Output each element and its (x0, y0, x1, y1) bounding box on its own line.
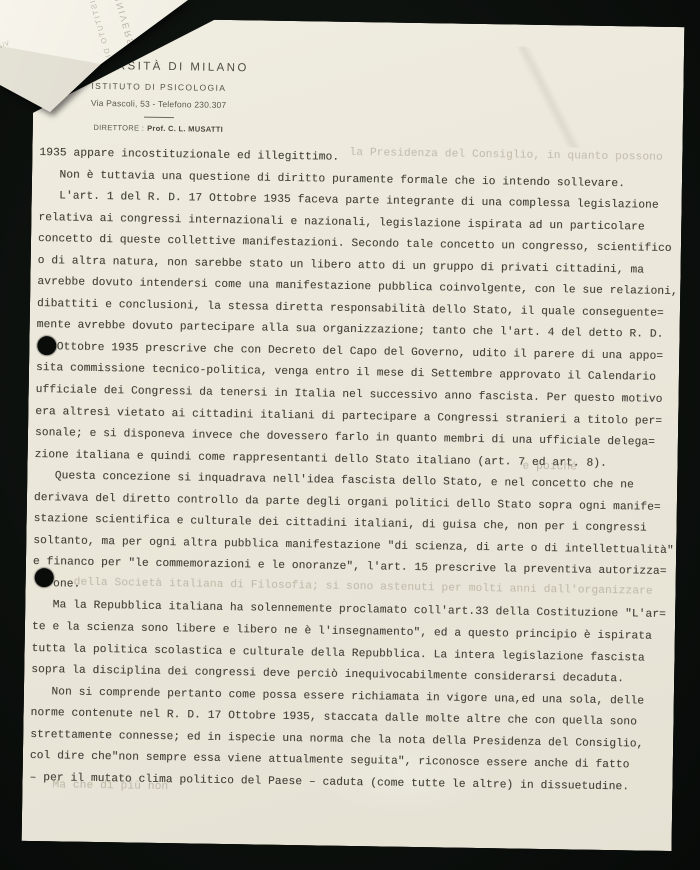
paper-crease (473, 46, 625, 148)
folded-corner-paper: UNIVERSITÀ DI MILANO ISTITUTO DI PSICOLO… (0, 0, 240, 150)
bleedthrough-text: Ma che di più non (52, 779, 168, 793)
scan-background: UNIVERSITÀ DI MILANO ISTITUTO DI PSICOLO… (0, 0, 700, 870)
mirrored-letterhead-text: UNIVERSITÀ DI MILANO (112, 0, 161, 133)
folded-corner: UNIVERSITÀ DI MILANO ISTITUTO DI PSICOLO… (0, 0, 240, 150)
bleedthrough-text: e poiché (522, 461, 577, 474)
typed-body-text: 1935 appare incostituzionale ed illegitt… (29, 143, 680, 799)
